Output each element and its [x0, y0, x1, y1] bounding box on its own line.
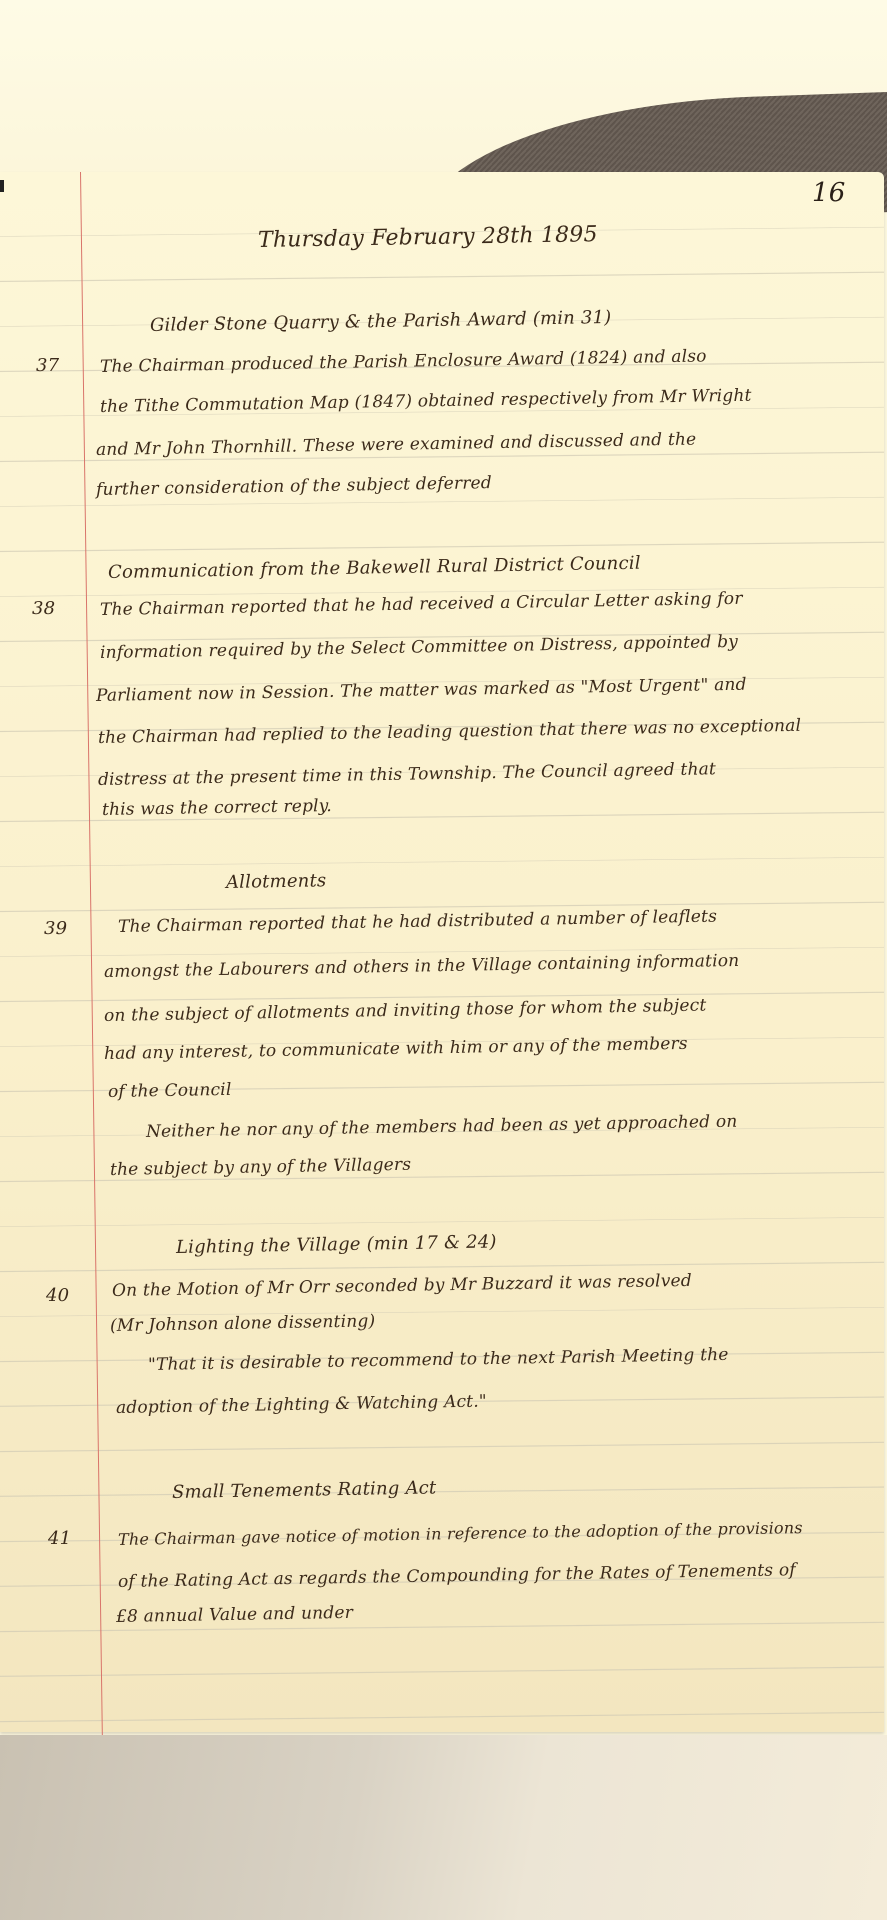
minute-number: 37 [36, 355, 59, 376]
minute-number: 41 [48, 1528, 71, 1549]
minute-heading: Allotments [226, 870, 327, 893]
page-number: 16 [812, 178, 845, 208]
minute-number: 39 [44, 918, 67, 939]
minute-number: 38 [32, 598, 55, 619]
minute-line: £8 annual Value and under [116, 1603, 353, 1627]
minute-line: this was the correct reply. [102, 796, 332, 820]
minute-number: 40 [46, 1285, 69, 1306]
table-surface [0, 1735, 887, 1920]
edge-mark [0, 180, 4, 192]
minute-line: of the Council [108, 1080, 232, 1102]
